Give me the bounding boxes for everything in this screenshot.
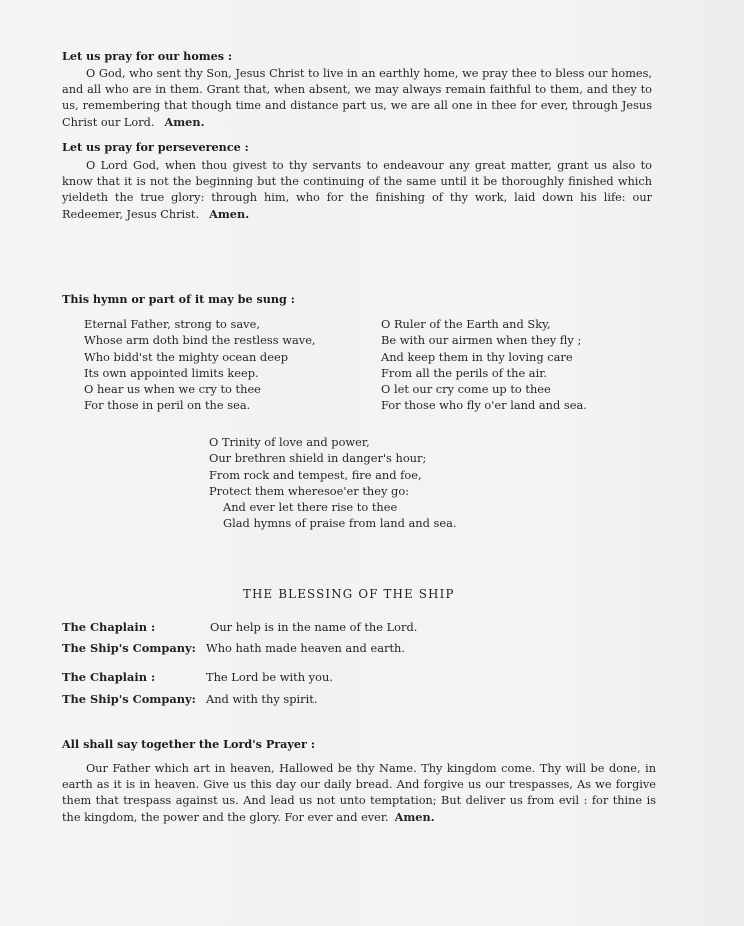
prayer-homes-heading: Let us pray for our homes : [62, 49, 232, 63]
hymn-verse-1: Eternal Father, strong to save, Whose ar… [84, 316, 316, 414]
hymn-verse-3: O Trinity of love and power, Our brethre… [209, 434, 457, 532]
prayer-perseverence-amen: Amen. [209, 207, 249, 221]
verse-line: And keep them in thy loving care [381, 349, 587, 365]
verse-line: For those who fly o'er land and sea. [381, 397, 587, 413]
response-role: The Ship's Company: [62, 641, 196, 655]
verse-line: From all the perils of the air. [381, 365, 587, 381]
verse-line: Glad hymns of praise from land and sea. [209, 515, 457, 531]
verse-line: O hear us when we cry to thee [84, 381, 316, 397]
prayer-homes-body: O God, who sent thy Son, Jesus Christ to… [62, 66, 652, 131]
response-text: Who hath made heaven and earth. [206, 641, 405, 655]
document-page: Let us pray for our homes : O God, who s… [0, 0, 744, 926]
verse-line: O Ruler of the Earth and Sky, [381, 316, 587, 332]
prayer-homes-amen: Amen. [164, 115, 204, 129]
blessing-title: THE BLESSING OF THE SHIP [243, 587, 455, 601]
verse-line: Our brethren shield in danger's hour; [209, 450, 457, 466]
response-role: The Chaplain : [62, 670, 155, 684]
response-role: The Ship's Company: [62, 692, 196, 706]
verse-line: From rock and tempest, fire and foe, [209, 467, 457, 483]
verse-line: Who bidd'st the mighty ocean deep [84, 349, 316, 365]
lords-prayer-text: Our Father which art in heaven, Hallowed… [62, 762, 656, 824]
verse-line: Its own appointed limits keep. [84, 365, 316, 381]
response-row: The Ship's Company: And with thy spirit. [62, 692, 196, 706]
prayer-perseverence-heading: Let us pray for perseverence : [62, 140, 249, 154]
verse-line: Protect them wheresoe'er they go: [209, 483, 457, 499]
verse-line: For those in peril on the sea. [84, 397, 316, 413]
verse-line: Be with our airmen when they fly ; [381, 332, 587, 348]
response-text: And with thy spirit. [206, 692, 317, 706]
response-text: Our help is in the name of the Lord. [210, 620, 417, 634]
verse-line: Eternal Father, strong to save, [84, 316, 316, 332]
verse-line: O let our cry come up to thee [381, 381, 587, 397]
verse-line: And ever let there rise to thee [209, 499, 457, 515]
verse-line: O Trinity of love and power, [209, 434, 457, 450]
response-role: The Chaplain : [62, 620, 155, 634]
verse-line: Whose arm doth bind the restless wave, [84, 332, 316, 348]
response-row: The Chaplain : The Lord be with you. [62, 670, 155, 684]
prayer-perseverence-text: O Lord God, when thou givest to thy serv… [62, 159, 652, 221]
prayer-perseverence-body: O Lord God, when thou givest to thy serv… [62, 158, 652, 223]
lords-prayer-amen: Amen. [395, 810, 435, 824]
response-row: The Chaplain : Our help is in the name o… [62, 620, 155, 634]
hymn-heading: This hymn or part of it may be sung : [62, 292, 295, 306]
lords-prayer-body: Our Father which art in heaven, Hallowed… [62, 761, 656, 826]
response-text: The Lord be with you. [206, 670, 333, 684]
lords-prayer-heading: All shall say together the Lord's Prayer… [62, 737, 315, 751]
hymn-verse-2: O Ruler of the Earth and Sky, Be with ou… [381, 316, 587, 414]
response-row: The Ship's Company: Who hath made heaven… [62, 641, 196, 655]
prayer-homes-text: O God, who sent thy Son, Jesus Christ to… [62, 67, 652, 129]
